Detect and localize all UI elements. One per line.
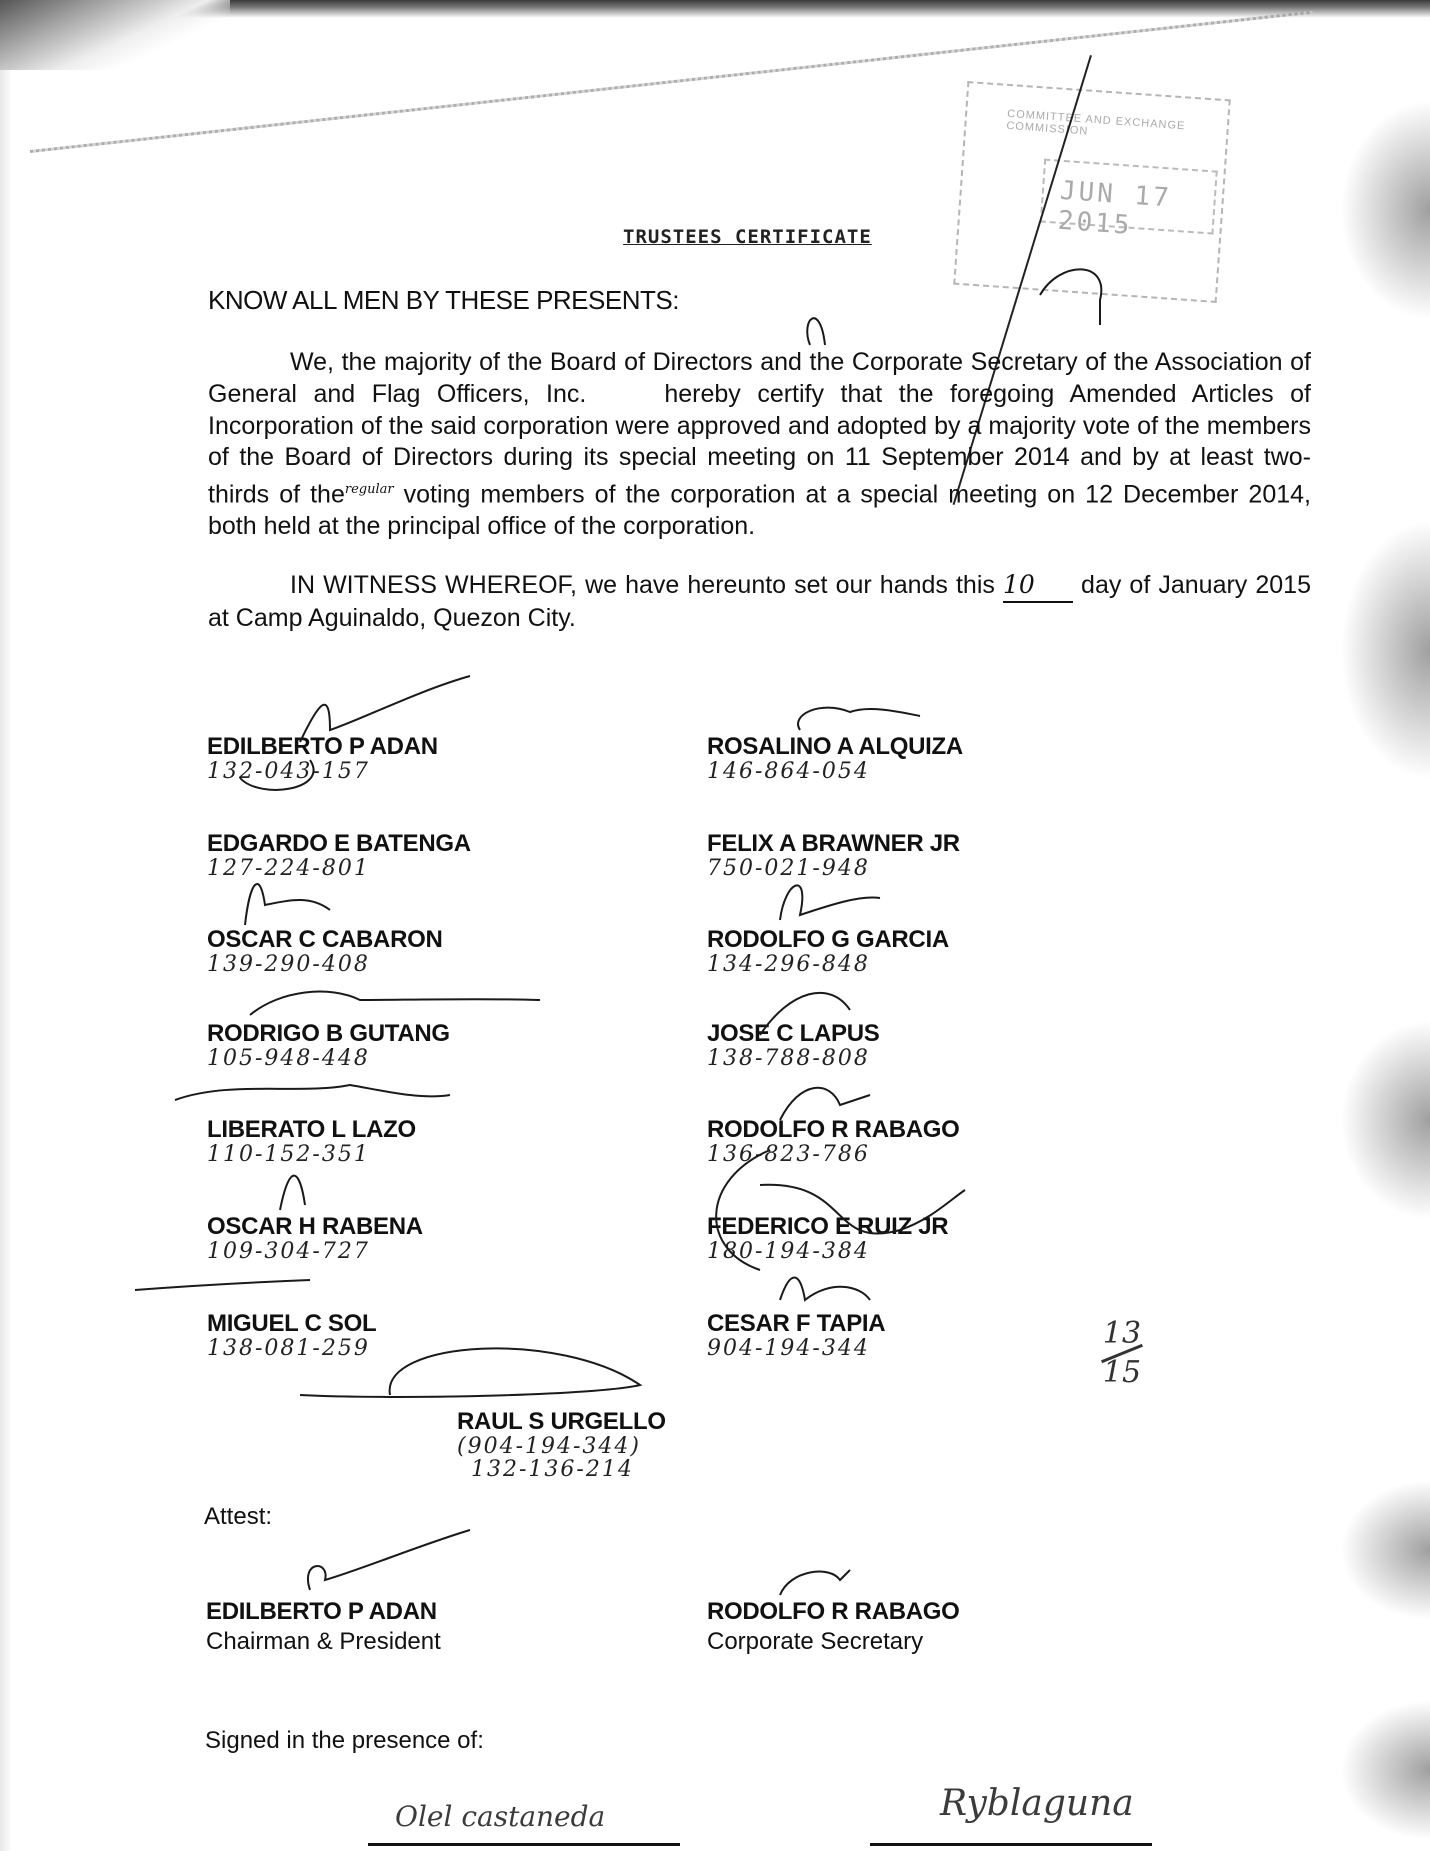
signature-rabago-attest [780,1570,850,1595]
signature-adan [300,676,470,742]
signature-garcia [760,993,850,1035]
signature-urgello [300,1348,640,1397]
fraction-denominator: 15 [1100,1357,1144,1389]
signature-ruiz [760,1185,965,1234]
attest-role: Chairman & President [206,1628,441,1656]
witness-signature-line [368,1843,680,1846]
witness-signature-line [870,1843,1152,1846]
attest-name: RODOLFO R RABAGO [707,1598,960,1626]
signature-alquiza [798,708,920,730]
initial-mark-small [807,318,825,345]
attest-role: Corporate Secretary [707,1628,960,1656]
signature-gutang [250,992,540,1015]
attest-block: RODOLFO R RABAGO Corporate Secretary [707,1598,960,1656]
signature-tapia [780,1278,870,1301]
signature-adan-attest [308,1530,470,1590]
signature-strokes [0,0,1430,1851]
initial-mark [1040,269,1101,325]
signature-rabago [780,1088,870,1120]
signature-rabena [280,1176,305,1210]
handwritten-fraction-note: 13 15 [1100,1318,1144,1389]
signature-brawner [780,885,880,920]
attest-name: EDILBERTO P ADAN [206,1598,441,1626]
attest-label: Attest: [204,1503,272,1531]
signature-sol [135,1280,310,1290]
presence-label: Signed in the presence of: [205,1727,484,1755]
attest-block: EDILBERTO P ADAN Chairman & President [206,1598,441,1656]
signature-lazo [175,1085,450,1100]
signature-cabaron [245,884,330,925]
